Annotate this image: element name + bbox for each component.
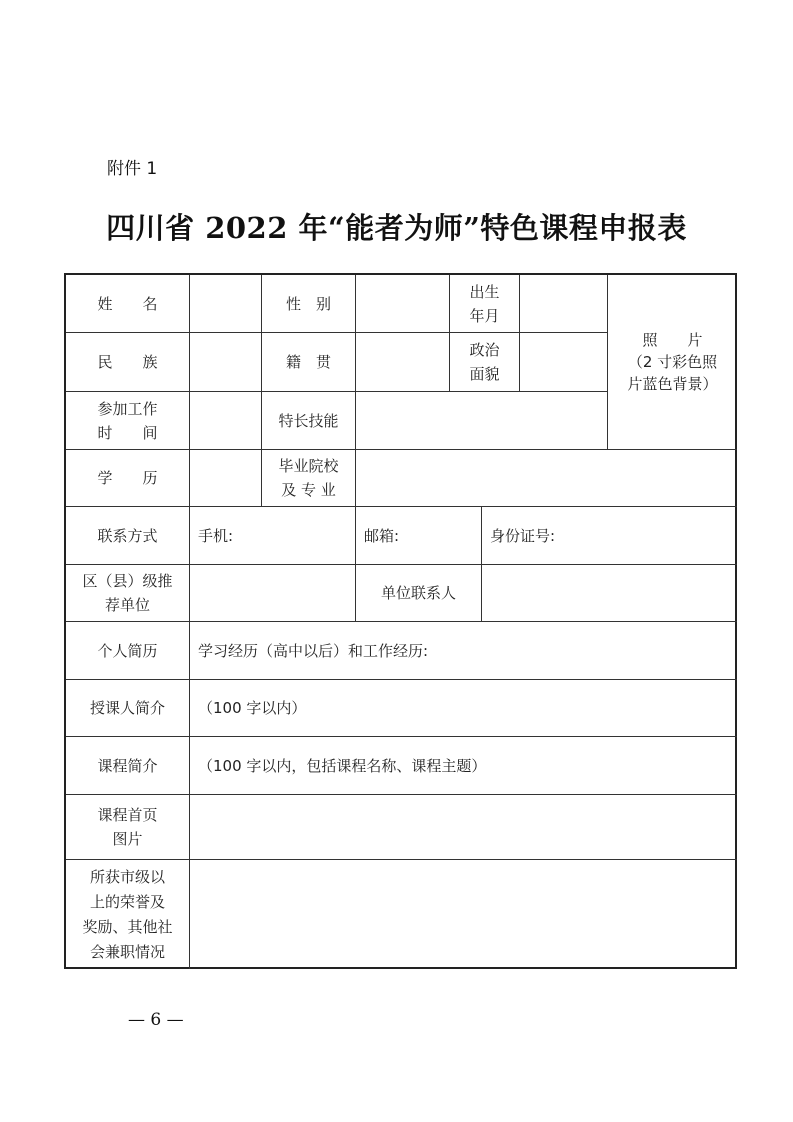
course-cover-label: 课程首页图片 [66, 795, 190, 860]
ethnicity-label: 民 族 [66, 333, 190, 392]
unit-contact-field[interactable] [482, 565, 737, 622]
political-status-field[interactable] [520, 333, 608, 392]
native-place-label: 籍 贯 [262, 333, 356, 392]
resume-label: 个人简历 [66, 622, 190, 680]
specialty-field[interactable] [356, 392, 608, 450]
form-title: 四川省 2022 年“能者为师”特色课程申报表 [0, 206, 793, 247]
ethnicity-field[interactable] [190, 333, 262, 392]
contact-label: 联系方式 [66, 507, 190, 565]
education-label: 学 历 [66, 450, 190, 507]
gender-field[interactable] [356, 275, 450, 333]
id-number-field[interactable]: 身份证号: [482, 507, 737, 565]
birth-label: 出生年月 [450, 275, 520, 333]
unit-contact-label: 单位联系人 [356, 565, 482, 622]
name-label: 姓 名 [66, 275, 190, 333]
specialty-label: 特长技能 [262, 392, 356, 450]
attachment-label: 附件 1 [107, 154, 157, 179]
course-cover-field[interactable] [190, 795, 737, 860]
course-intro-field[interactable]: （100 字以内，包括课程名称、课程主题） [190, 737, 737, 795]
name-field[interactable] [190, 275, 262, 333]
work-start-field[interactable] [190, 392, 262, 450]
gender-label: 性 别 [262, 275, 356, 333]
native-place-field[interactable] [356, 333, 450, 392]
birth-field[interactable] [520, 275, 608, 333]
recommender-field[interactable] [190, 565, 356, 622]
honors-label: 所获市级以上的荣誉及奖励、其他社会兼职情况 [66, 860, 190, 969]
course-intro-label: 课程简介 [66, 737, 190, 795]
school-major-label: 毕业院校及 专 业 [262, 450, 356, 507]
honors-field[interactable] [190, 860, 737, 969]
photo-box[interactable]: 照 片（2 寸彩色照片蓝色背景） [608, 275, 737, 450]
education-field[interactable] [190, 450, 262, 507]
email-field[interactable]: 邮箱: [356, 507, 482, 565]
resume-field[interactable]: 学习经历（高中以后）和工作经历: [190, 622, 737, 680]
phone-field[interactable]: 手机: [190, 507, 356, 565]
recommender-label: 区（县）级推荐单位 [66, 565, 190, 622]
work-start-label: 参加工作时 间 [66, 392, 190, 450]
political-status-label: 政治面貌 [450, 333, 520, 392]
school-major-field[interactable] [356, 450, 737, 507]
teacher-intro-field[interactable]: （100 字以内） [190, 680, 737, 737]
page-number: — 6 — [128, 1010, 184, 1030]
application-form-table: 姓 名 性 别 出生年月 照 片（2 寸彩色照片蓝色背景） 民 族 籍 贯 政治… [64, 273, 737, 969]
teacher-intro-label: 授课人简介 [66, 680, 190, 737]
